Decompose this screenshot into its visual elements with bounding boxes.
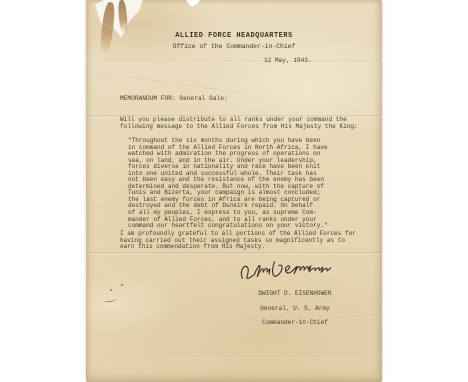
intro-paragraph: Will you please distribute to all ranks … — [120, 117, 358, 130]
pencil-dot-mark — [110, 289, 112, 291]
memorandum-line: MEMORANDUM FOR: General Gale: — [120, 95, 228, 102]
signatory-rank: General, U. S. Army — [234, 305, 356, 312]
photo-background: ALLIED FORCE HEADQUARTERS Office of the … — [0, 0, 468, 382]
letterhead-office: Office of the Commander-in-Chief — [86, 43, 382, 50]
letter-paper: ALLIED FORCE HEADQUARTERS Office of the … — [86, 0, 382, 382]
closing-paragraph: I am profoundly grateful to all portions… — [120, 231, 356, 251]
pencil-dot-mark — [121, 284, 123, 286]
date-line: 12 May, 1943. — [264, 57, 312, 64]
pencil-squiggle-mark — [104, 296, 117, 302]
typed-signature-block: DWIGHT D. EISENHOWER General, U. S. Army… — [234, 283, 356, 334]
letterhead-org: ALLIED FORCE HEADQUARTERS — [86, 32, 382, 40]
kings-message-paragraph: "Throughout the six months during which … — [128, 138, 328, 230]
signature-stroke — [241, 259, 331, 279]
signatory-title: Commander-in-Chief — [234, 319, 356, 326]
signatory-name: DWIGHT D. EISENHOWER — [234, 290, 356, 297]
crease-line — [86, 60, 382, 63]
crease-line — [93, 72, 242, 95]
edge-tear-nick — [186, 0, 200, 7]
crease-line — [86, 356, 382, 359]
